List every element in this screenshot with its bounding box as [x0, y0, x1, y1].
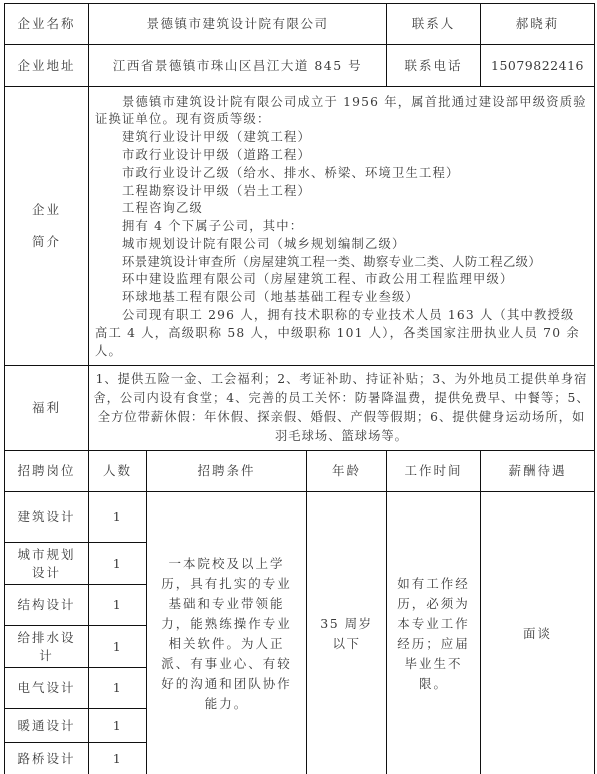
position-count: 1	[89, 743, 147, 774]
contact-label: 联系人	[387, 4, 481, 45]
age-text: 35 周岁以下	[307, 492, 387, 774]
qualification-item: 工程咨询乙级	[95, 200, 588, 218]
phone-value: 15079822416	[481, 45, 595, 87]
subsidiary-item: 城市规划设计院有限公司（城乡规划编制乙级）	[95, 236, 588, 254]
position-title: 路桥设计	[5, 743, 89, 774]
recruitment-document: 企业名称 景德镇市建筑设计院有限公司 联系人 郝晓莉 企业地址 江西省景德镇市珠…	[4, 3, 594, 774]
position-title: 给排水设计	[5, 626, 89, 668]
position-count: 1	[89, 492, 147, 543]
welfare-text: 1、提供五险一金、工会福利；2、考证补助、持证补贴；3、为外地员工提供单身宿舍，…	[89, 366, 595, 451]
company-intro-label: 企业 简介	[5, 87, 89, 366]
welfare-label: 福利	[5, 366, 89, 451]
company-address-value: 江西省景德镇市珠山区昌江大道 845 号	[89, 45, 387, 87]
phone-label: 联系电话	[387, 45, 481, 87]
requirements-text: 一本院校及以上学历，具有扎实的专业基础和专业带领能力，能熟练操作专业相关软件。为…	[147, 492, 307, 774]
header-position: 招聘岗位	[5, 451, 89, 492]
company-info-table: 企业名称 景德镇市建筑设计院有限公司 联系人 郝晓莉 企业地址 江西省景德镇市珠…	[4, 3, 595, 774]
position-count: 1	[89, 709, 147, 743]
staff-paragraph: 公司现有职工 296 人，拥有技术职称的专业技术人员 163 人（其中教授级高工…	[95, 307, 588, 360]
company-address-row: 企业地址 江西省景德镇市珠山区昌江大道 845 号 联系电话 150798224…	[5, 45, 595, 87]
company-name-value: 景德镇市建筑设计院有限公司	[89, 4, 387, 45]
position-count: 1	[89, 543, 147, 585]
position-count: 1	[89, 626, 147, 668]
company-name-row: 企业名称 景德镇市建筑设计院有限公司 联系人 郝晓莉	[5, 4, 595, 45]
header-salary: 薪酬待遇	[481, 451, 595, 492]
intro-paragraph: 景德镇市建筑设计院有限公司成立于 1956 年，属首批通过建设部甲级资质验证换证…	[95, 94, 588, 130]
qualification-item: 市政行业设计甲级（道路工程）	[95, 147, 588, 165]
header-work-time: 工作时间	[387, 451, 481, 492]
qualification-item: 市政行业设计乙级（给水、排水、桥梁、环境卫生工程）	[95, 165, 588, 183]
position-title: 结构设计	[5, 585, 89, 626]
subsidiaries-intro: 拥有 4 个下属子公司，其中：	[95, 218, 588, 236]
header-requirements: 招聘条件	[147, 451, 307, 492]
recruitment-header-row: 招聘岗位 人数 招聘条件 年龄 工作时间 薪酬待遇	[5, 451, 595, 492]
table-row: 建筑设计 1 一本院校及以上学历，具有扎实的专业基础和专业带领能力，能熟练操作专…	[5, 492, 595, 543]
welfare-row: 福利 1、提供五险一金、工会福利；2、考证补助、持证补贴；3、为外地员工提供单身…	[5, 366, 595, 451]
qualification-item: 工程勘察设计甲级（岩土工程）	[95, 183, 588, 201]
position-title: 电气设计	[5, 668, 89, 709]
intro-label-line1: 企业	[9, 201, 84, 219]
qualification-item: 建筑行业设计甲级（建筑工程）	[95, 129, 588, 147]
subsidiary-item: 环中建设监理有限公司（房屋建筑工程、市政公用工程监理甲级）	[95, 271, 588, 289]
work-time-text: 如有工作经历，必须为本专业工作经历；应届毕业生不限。	[387, 492, 481, 774]
position-count: 1	[89, 668, 147, 709]
position-count: 1	[89, 585, 147, 626]
company-address-label: 企业地址	[5, 45, 89, 87]
position-title: 城市规划设计	[5, 543, 89, 585]
header-age: 年龄	[307, 451, 387, 492]
subsidiary-item: 环球地基工程有限公司（地基基础工程专业叁级）	[95, 289, 588, 307]
company-intro-text: 景德镇市建筑设计院有限公司成立于 1956 年，属首批通过建设部甲级资质验证换证…	[89, 87, 595, 366]
contact-value: 郝晓莉	[481, 4, 595, 45]
subsidiary-item: 环景建筑设计审查所（房屋建筑工程一类、勘察专业二类、人防工程乙级）	[95, 254, 588, 272]
position-title: 建筑设计	[5, 492, 89, 543]
company-name-label: 企业名称	[5, 4, 89, 45]
intro-label-line2: 简介	[9, 233, 84, 251]
company-intro-row: 企业 简介 景德镇市建筑设计院有限公司成立于 1956 年，属首批通过建设部甲级…	[5, 87, 595, 366]
header-count: 人数	[89, 451, 147, 492]
salary-text: 面谈	[481, 492, 595, 774]
position-title: 暖通设计	[5, 709, 89, 743]
